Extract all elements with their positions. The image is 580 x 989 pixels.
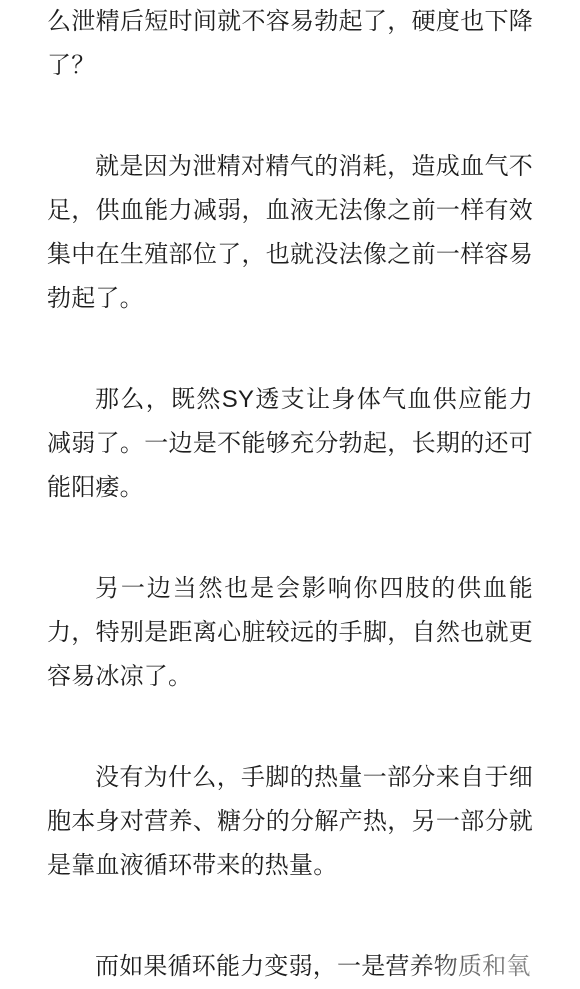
paragraph: 就是因为泄精对精气的消耗，造成血气不足，供血能力减弱，血液无法像之前一样有效集中… [47, 145, 533, 321]
article-body: 么泄精后短时间就不容易勃起了，硬度也下降了？就是因为泄精对精气的消耗，造成血气不… [0, 0, 580, 989]
paragraph: 而如果循环能力变弱，一是营养物质和氧 [47, 945, 533, 989]
paragraph: 另一边当然也是会影响你四肢的供血能力，特别是距离心脏较远的手脚，自然也就更容易冰… [47, 567, 533, 699]
paragraph: 那么，既然SY透支让身体气血供应能力减弱了。一边是不能够充分勃起，长期的还可能阳… [47, 378, 533, 510]
paragraph: 么泄精后短时间就不容易勃起了，硬度也下降了？ [47, 0, 533, 88]
article-page: 么泄精后短时间就不容易勃起了，硬度也下降了？就是因为泄精对精气的消耗，造成血气不… [0, 0, 580, 989]
paragraph: 没有为什么，手脚的热量一部分来自于细胞本身对营养、糖分的分解产热，另一部分就是靠… [47, 756, 533, 888]
